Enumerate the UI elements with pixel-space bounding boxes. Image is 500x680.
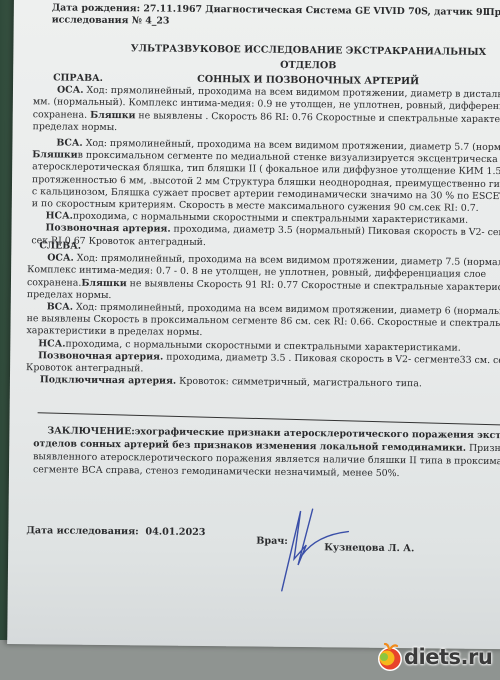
text: Кровоток: симметричный, магистрального т… bbox=[176, 376, 422, 390]
nsa-label: НСА. bbox=[46, 211, 73, 222]
vsa-label: ВСА. bbox=[56, 137, 82, 148]
patient-header: Дата рождения: 27.11.1967 Диагностическа… bbox=[52, 2, 490, 31]
exam-date: Дата исследования: 04.01.2023 bbox=[26, 525, 205, 539]
section-right: СПРАВА. ОСА. Ход: прямолинейный, проходи… bbox=[31, 72, 500, 252]
document-paper: Дата рождения: 27.11.1967 Диагностическа… bbox=[7, 0, 500, 649]
date-label: Дата исследования: bbox=[26, 525, 138, 537]
text: сохранена. bbox=[33, 109, 90, 121]
osa-label: ОСА. bbox=[57, 85, 84, 96]
plaques-label: Бляшки bbox=[32, 149, 77, 160]
vertebral-label: Позвоночная артерия. bbox=[38, 350, 163, 362]
osa-label: ОСА. bbox=[47, 253, 74, 264]
title-line-1: УЛЬТРАЗВУКОВОЕ ИССЛЕДОВАНИЕ ЭКСТРАКРАНИА… bbox=[128, 41, 488, 75]
vertebral-label: Позвоночная артерия. bbox=[45, 223, 170, 235]
plaques-label: Бляшки bbox=[81, 277, 126, 288]
apple-logo-icon bbox=[376, 642, 404, 672]
diets-watermark[interactable]: diets.ru bbox=[376, 642, 492, 672]
doctor-name: Кузнецова Л. А. bbox=[324, 542, 414, 555]
subclavian-label: Подключичная артерия. bbox=[40, 375, 176, 387]
text: Признаком bbox=[466, 443, 500, 455]
watermark-text: diets.ru bbox=[404, 645, 492, 669]
conclusion-label: ЗАКЛЮЧЕНИЕ: bbox=[47, 425, 134, 437]
date-value: 04.01.2023 bbox=[145, 526, 205, 538]
section-left: СЛЕВА. ОСА. Ход: прямолинейный, проходим… bbox=[26, 240, 500, 392]
text: проходима, диаметр 3.5 . Пиковая скорост… bbox=[163, 351, 500, 366]
conclusion: ЗАКЛЮЧЕНИЕ:эхографические признаки атеро… bbox=[33, 424, 500, 481]
vsa-label: ВСА. bbox=[47, 301, 73, 312]
protocol-label: Протокол bbox=[486, 7, 500, 20]
plaques-label: Бляшки bbox=[90, 109, 135, 120]
text: сохранена. bbox=[27, 277, 82, 289]
nsa-label: НСА. bbox=[38, 338, 65, 349]
